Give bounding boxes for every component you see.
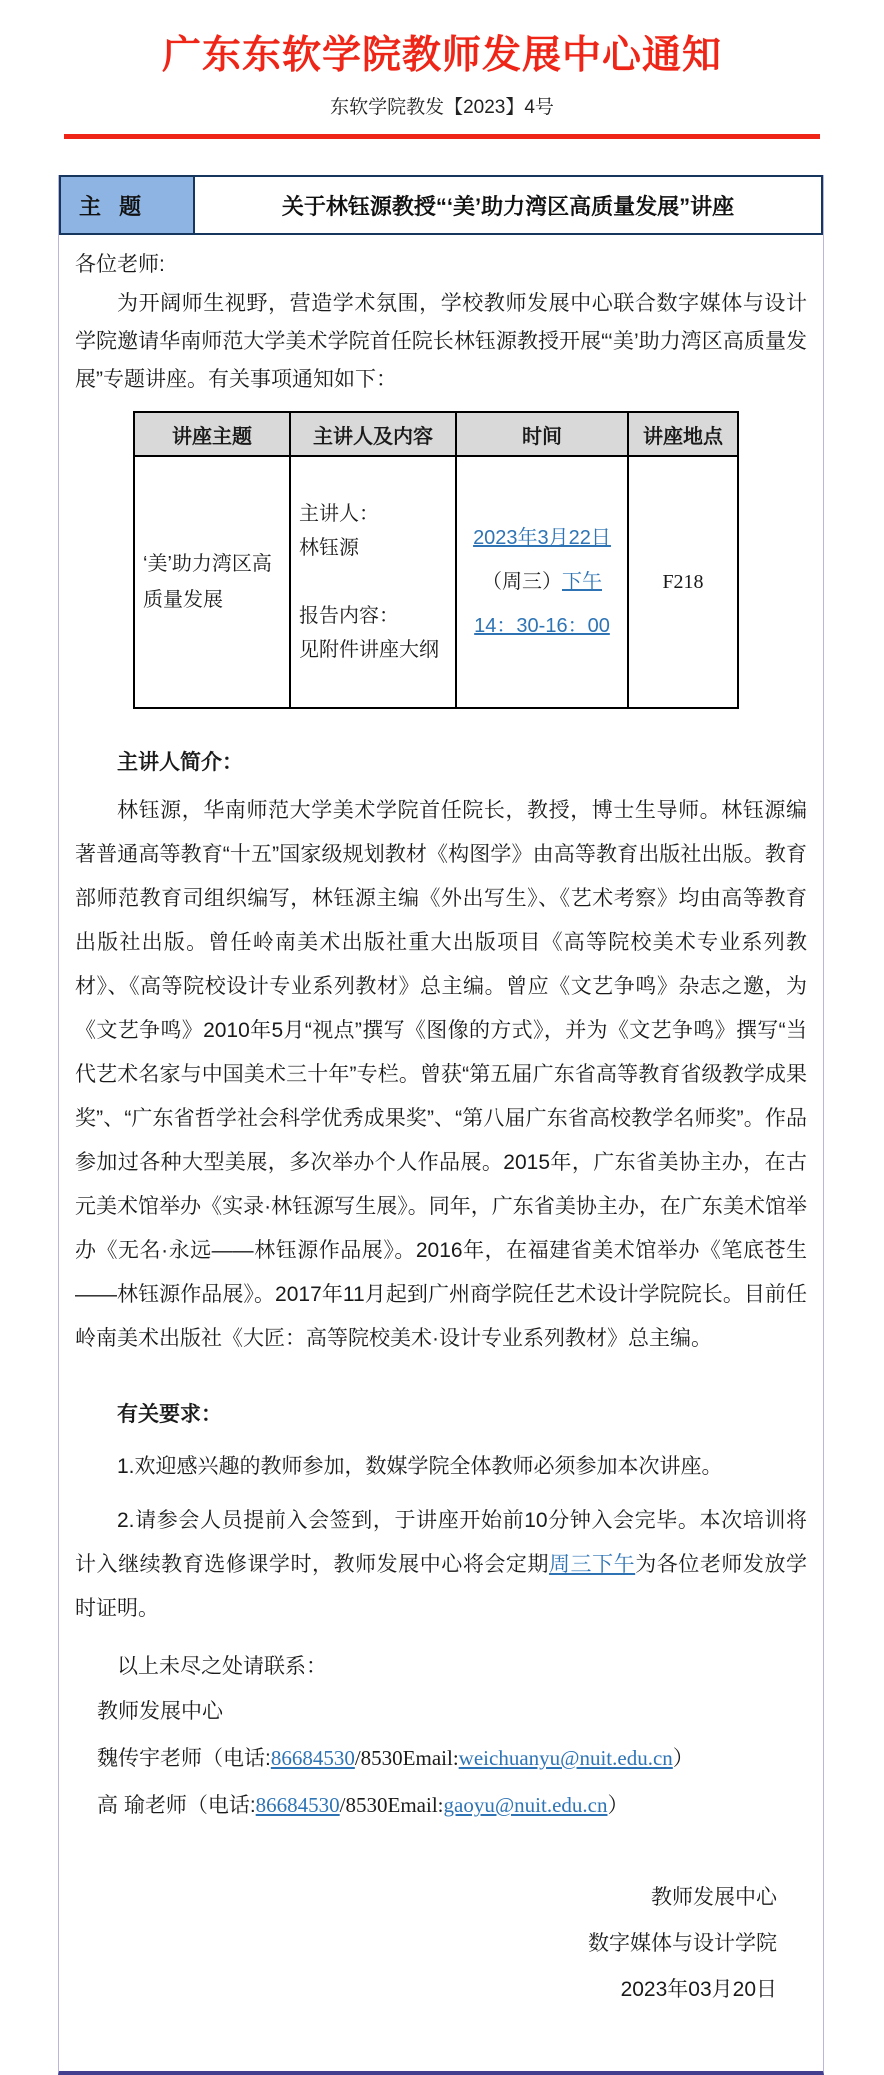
contact-lead: 以上未尽之处请联系： [75, 1645, 807, 1689]
contact-1-close: ） [673, 1747, 694, 1770]
signature-department-2: 数字媒体与设计学院 [75, 1921, 777, 1967]
contact-2-ext: /8530Email: [340, 1793, 444, 1817]
column-header-speaker: 主讲人及内容 [290, 412, 456, 456]
lecture-topic-cell: ‘美’助力湾区高质量发展 [134, 456, 290, 708]
lecture-time-cell: 2023年3月22日 （周三）下午 14：30-16：00 [456, 456, 628, 708]
document-number: 东软学院教发【2023】4号 [0, 92, 884, 119]
contact-2-name: 高 瑜老师（电话: [97, 1794, 256, 1817]
intro-paragraph: 为开阔师生视野，营造学术氛围，学校教师发展中心联合数字媒体与设计学院邀请华南师范… [75, 285, 807, 399]
contact-2-phone-link[interactable]: 86684530 [256, 1793, 340, 1817]
contact-person-1: 魏传宇老师（电话:86684530/8530Email:weichuanyu@n… [75, 1735, 807, 1782]
subject-title: 关于林钰源教授“‘美’助力湾区高质量发展”讲座 [195, 177, 821, 233]
column-header-location: 讲座地点 [628, 412, 738, 456]
salutation: 各位老师: [75, 245, 807, 285]
spacer [299, 565, 447, 599]
signature-date: 2023年03月20日 [75, 1967, 777, 2013]
header-divider [64, 134, 820, 139]
requirement-item-1: 1.欢迎感兴趣的教师参加，数媒学院全体教师必须参加本次讲座。 [75, 1445, 807, 1489]
contact-department: 教师发展中心 [75, 1689, 807, 1735]
signature-department-1: 教师发展中心 [75, 1875, 777, 1921]
speaker-label: 主讲人： [299, 497, 447, 531]
subject-row: 主 题 关于林钰源教授“‘美’助力湾区高质量发展”讲座 [59, 175, 823, 235]
contact-1-name: 魏传宇老师（电话: [97, 1747, 271, 1770]
speaker-name: 林钰源 [299, 531, 447, 565]
lecture-time-link-afternoon[interactable]: 下午 [562, 571, 602, 593]
notice-body: 主 题 关于林钰源教授“‘美’助力湾区高质量发展”讲座 各位老师: 为开阔师生视… [58, 175, 824, 2075]
contact-1-phone-link[interactable]: 86684530 [271, 1746, 355, 1770]
lecture-info-table: 讲座主题 主讲人及内容 时间 讲座地点 ‘美’助力湾区高质量发展 主讲人： 林钰… [133, 411, 739, 709]
lecture-location-cell: F218 [628, 456, 738, 708]
speaker-intro-heading: 主讲人简介： [75, 743, 807, 783]
contact-2-email-link[interactable]: gaoyu@nuit.edu.cn [444, 1793, 608, 1817]
contact-person-2: 高 瑜老师（电话:86684530/8530Email:gaoyu@nuit.e… [75, 1782, 807, 1829]
lecture-date-link[interactable]: 2023年3月22日 [473, 527, 611, 549]
contact-1-ext: /8530Email: [355, 1746, 459, 1770]
page-title: 广东东软学院教师发展中心通知 [0, 24, 884, 80]
subject-label: 主 题 [61, 177, 195, 233]
lecture-weekday: （周三） [482, 571, 562, 593]
table-row: ‘美’助力湾区高质量发展 主讲人： 林钰源 报告内容： 见附件讲座大纲 2023… [134, 456, 738, 708]
signature-block: 教师发展中心 数字媒体与设计学院 2023年03月20日 [75, 1875, 807, 2013]
content-value: 见附件讲座大纲 [299, 633, 447, 667]
column-header-topic: 讲座主题 [134, 412, 290, 456]
contact-1-email-link[interactable]: weichuanyu@nuit.edu.cn [459, 1746, 673, 1770]
table-header-row: 讲座主题 主讲人及内容 时间 讲座地点 [134, 412, 738, 456]
column-header-time: 时间 [456, 412, 628, 456]
lecture-time-link-range[interactable]: 14：30-16：00 [474, 615, 610, 637]
wednesday-afternoon-link[interactable]: 周三下午 [549, 1553, 635, 1576]
speaker-bio-paragraph: 林钰源，华南师范大学美术学院首任院长，教授，博士生导师。林钰源编著普通高等教育“… [75, 789, 807, 1361]
lecture-speaker-cell: 主讲人： 林钰源 报告内容： 见附件讲座大纲 [290, 456, 456, 708]
requirements-heading: 有关要求： [75, 1395, 807, 1435]
requirement-item-2: 2.请参会人员提前入会签到，于讲座开始前10分钟入会完毕。本次培训将计入继续教育… [75, 1499, 807, 1631]
contact-2-close: ） [607, 1794, 628, 1817]
content-label: 报告内容： [299, 599, 447, 633]
